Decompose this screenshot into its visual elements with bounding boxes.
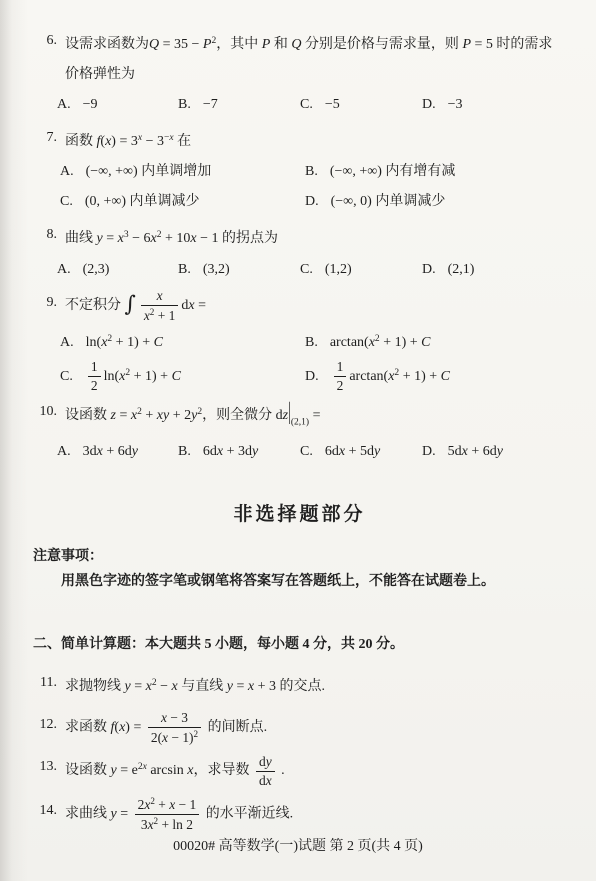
notice-body: 用黑色字迹的签字笔或钢笔将答案写在答题纸上，不能答在试题卷上。 [33, 569, 566, 594]
option-label: C. [300, 262, 313, 277]
question-text: 求函数 f(x) = x − 32(x − 1)2 的间断点. [65, 710, 566, 746]
question-number: 11. [33, 668, 57, 702]
exam-page: 6. 设需求函数为Q = 35 − P2，其中 P 和 Q 分别是价格与需求量，… [0, 0, 596, 881]
question-8: 8. 曲线 y = x3 − 6x2 + 10x − 1 的拐点为 A.(2,3… [33, 220, 566, 284]
option-label: A. [60, 164, 74, 179]
option-label: D. [305, 194, 319, 209]
option-7-c: C.(0, +∞) 内单调减少 [60, 187, 305, 217]
question-6-options: A.−9 B.−7 C.−5 D.−3 [57, 90, 566, 120]
option-value: (−∞, +∞) 内单调增加 [86, 164, 212, 179]
option-10-c: C.6dx + 5dy [300, 437, 422, 467]
option-8-c: C.(1,2) [300, 255, 422, 285]
option-value: (2,1) [448, 262, 475, 277]
option-9-d: D.12arctan(x2 + 1) + C [305, 358, 566, 394]
option-10-d: D.5dx + 6dy [422, 437, 566, 467]
question-13: 13. 设函数 y = e2x arcsin x，求导数 dydx . [33, 752, 566, 788]
question-text: 不定积分 ∫xx2 + 1dx = [65, 288, 566, 324]
option-6-c: C.−5 [300, 90, 422, 120]
option-value: −7 [203, 97, 218, 112]
question-7-stem: 7. 函数 f(x) = 3x − 3−x 在 [33, 123, 566, 157]
question-number: 7. [33, 123, 57, 157]
option-9-c: C.12ln(x2 + 1) + C [60, 358, 305, 394]
page-footer: 00020# 高等数学(一)试题 第 2 页(共 4 页) [0, 835, 596, 855]
option-value: −9 [83, 97, 98, 112]
option-label: A. [57, 444, 71, 459]
option-value: (1,2) [325, 262, 352, 277]
option-label: C. [300, 97, 313, 112]
question-10-stem: 10. 设函数 z = x2 + xy + 2y2，则全微分 dz|(2,1) … [33, 397, 566, 437]
option-label: B. [305, 335, 318, 350]
question-14-stem: 14. 求曲线 y = 2x2 + x − 13x2 + ln 2 的水平渐近线… [33, 796, 566, 833]
question-text: 曲线 y = x3 − 6x2 + 10x − 1 的拐点为 [65, 220, 566, 254]
question-6: 6. 设需求函数为Q = 35 − P2，其中 P 和 Q 分别是价格与需求量，… [33, 26, 566, 120]
question-9-stem: 9. 不定积分 ∫xx2 + 1dx = [33, 288, 566, 324]
option-value: arctan(x2 + 1) + C [330, 335, 431, 350]
option-9-a: A.ln(x2 + 1) + C [60, 323, 305, 357]
question-9: 9. 不定积分 ∫xx2 + 1dx = A.ln(x2 + 1) + C B.… [33, 288, 566, 394]
option-value: −3 [448, 97, 463, 112]
question-11-stem: 11. 求抛物线 y = x2 − x 与直线 y = x + 3 的交点. [33, 668, 566, 702]
option-value: 12arctan(x2 + 1) + C [331, 369, 450, 384]
option-8-a: A.(2,3) [57, 255, 178, 285]
question-12: 12. 求函数 f(x) = x − 32(x − 1)2 的间断点. [33, 710, 566, 746]
question-10: 10. 设函数 z = x2 + xy + 2y2，则全微分 dz|(2,1) … [33, 397, 566, 467]
option-label: C. [60, 369, 73, 384]
option-9-b: B.arctan(x2 + 1) + C [305, 323, 566, 357]
option-value: 12ln(x2 + 1) + C [85, 369, 181, 384]
option-label: D. [422, 97, 436, 112]
option-label: B. [178, 444, 191, 459]
question-text: 求曲线 y = 2x2 + x − 13x2 + ln 2 的水平渐近线. [65, 796, 566, 833]
option-label: B. [178, 262, 191, 277]
question-number: 9. [33, 288, 57, 324]
option-10-a: A.3dx + 6dy [57, 437, 178, 467]
option-label: C. [60, 194, 73, 209]
question-text: 求抛物线 y = x2 − x 与直线 y = x + 3 的交点. [65, 668, 566, 702]
section-heading: 非选择题部分 [33, 499, 566, 526]
option-value: ln(x2 + 1) + C [86, 335, 163, 350]
question-text: 设函数 z = x2 + xy + 2y2，则全微分 dz|(2,1) = [65, 397, 566, 437]
question-10-options: A.3dx + 6dy B.6dx + 3dy C.6dx + 5dy D.5d… [57, 437, 566, 467]
question-11: 11. 求抛物线 y = x2 − x 与直线 y = x + 3 的交点. [33, 668, 566, 702]
option-7-a: A.(−∞, +∞) 内单调增加 [60, 157, 305, 187]
option-label: D. [422, 444, 436, 459]
option-label: D. [305, 369, 319, 384]
question-number: 6. [33, 26, 57, 90]
question-7: 7. 函数 f(x) = 3x − 3−x 在 A.(−∞, +∞) 内单调增加… [33, 123, 566, 217]
question-7-options: A.(−∞, +∞) 内单调增加 B.(−∞, +∞) 内有增有减 C.(0, … [60, 157, 566, 217]
option-7-b: B.(−∞, +∞) 内有增有减 [305, 157, 566, 187]
option-value: −5 [325, 97, 340, 112]
option-value: 5dx + 6dy [448, 444, 503, 459]
question-14: 14. 求曲线 y = 2x2 + x − 13x2 + ln 2 的水平渐近线… [33, 796, 566, 833]
question-number: 14. [33, 796, 57, 833]
question-number: 12. [33, 710, 57, 746]
question-8-options: A.(2,3) B.(3,2) C.(1,2) D.(2,1) [57, 255, 566, 285]
option-7-d: D.(−∞, 0) 内单调减少 [305, 187, 566, 217]
notice-title: 注意事项： [33, 544, 566, 569]
question-8-stem: 8. 曲线 y = x3 − 6x2 + 10x − 1 的拐点为 [33, 220, 566, 254]
option-value: (3,2) [203, 262, 230, 277]
question-6-stem: 6. 设需求函数为Q = 35 − P2，其中 P 和 Q 分别是价格与需求量，… [33, 26, 566, 90]
question-12-stem: 12. 求函数 f(x) = x − 32(x − 1)2 的间断点. [33, 710, 566, 746]
question-9-options: A.ln(x2 + 1) + C B.arctan(x2 + 1) + C C.… [60, 323, 566, 394]
question-text: 设函数 y = e2x arcsin x，求导数 dydx . [65, 752, 566, 788]
option-value: 3dx + 6dy [83, 444, 138, 459]
option-label: B. [305, 164, 318, 179]
option-value: (0, +∞) 内单调减少 [85, 194, 200, 209]
option-6-d: D.−3 [422, 90, 566, 120]
option-8-d: D.(2,1) [422, 255, 566, 285]
option-8-b: B.(3,2) [178, 255, 300, 285]
option-label: A. [60, 335, 74, 350]
question-number: 10. [33, 397, 57, 437]
question-13-stem: 13. 设函数 y = e2x arcsin x，求导数 dydx . [33, 752, 566, 788]
option-value: (2,3) [83, 262, 110, 277]
question-number: 8. [33, 220, 57, 254]
question-text: 设需求函数为Q = 35 − P2，其中 P 和 Q 分别是价格与需求量，则 P… [65, 26, 566, 90]
option-value: 6dx + 5dy [325, 444, 380, 459]
question-number: 13. [33, 752, 57, 788]
section-2-title: 二、简单计算题：本大题共 5 小题，每小题 4 分，共 20 分。 [33, 630, 566, 660]
option-value: (−∞, 0) 内单调减少 [331, 194, 446, 209]
option-6-b: B.−7 [178, 90, 300, 120]
question-text: 函数 f(x) = 3x − 3−x 在 [65, 123, 566, 157]
option-label: A. [57, 97, 71, 112]
option-label: C. [300, 444, 313, 459]
option-label: B. [178, 97, 191, 112]
option-label: A. [57, 262, 71, 277]
option-value: 6dx + 3dy [203, 444, 258, 459]
option-10-b: B.6dx + 3dy [178, 437, 300, 467]
option-label: D. [422, 262, 436, 277]
calc-questions: 11. 求抛物线 y = x2 − x 与直线 y = x + 3 的交点. 1… [33, 668, 566, 832]
option-6-a: A.−9 [57, 90, 178, 120]
option-value: (−∞, +∞) 内有增有减 [330, 164, 456, 179]
